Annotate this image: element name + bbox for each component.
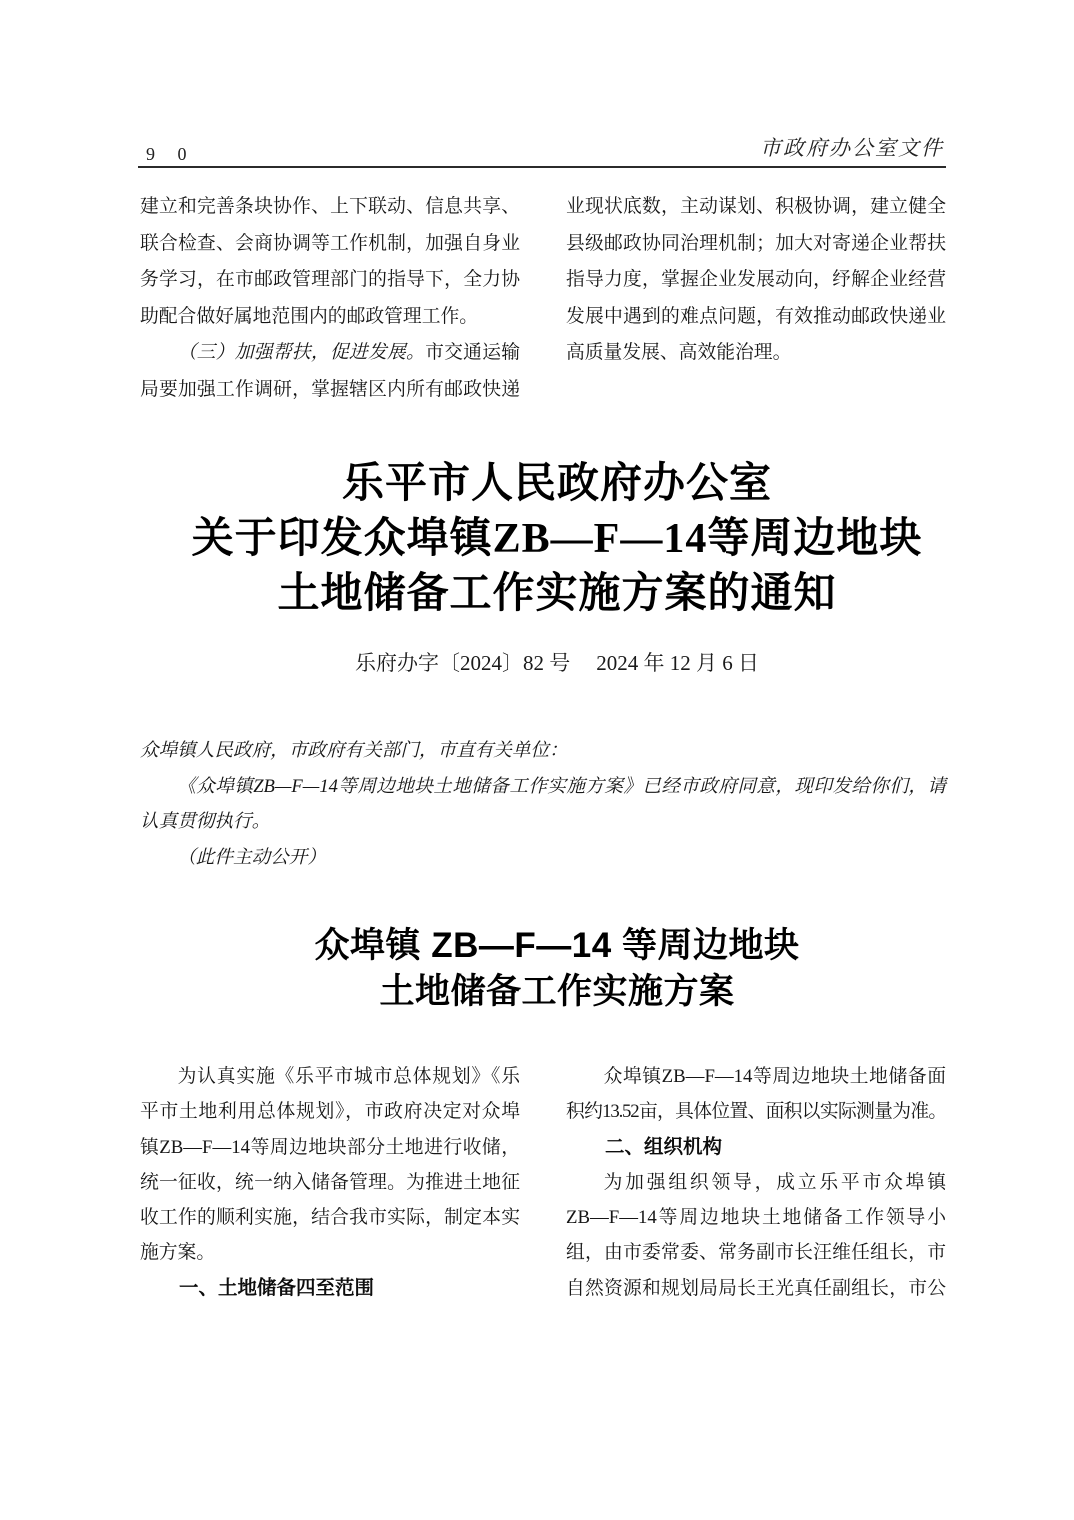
- text-line: 业现状底数，主动谋划、积极协调，建立健全: [566, 189, 946, 226]
- text-line: 指导力度，掌握企业发展动向，纾解企业经营: [566, 262, 946, 299]
- text-line: 众埠镇ZB—F—14等周边地块土地储备面: [566, 1059, 946, 1094]
- text-line: 高质量发展、高效能治理。: [566, 335, 946, 372]
- plan-title-line-2: 土地储备工作实施方案: [154, 969, 960, 1015]
- notice-body-line: 认真贯彻执行。: [140, 804, 946, 840]
- text-line: 助配合做好属地范围内的邮政管理工作。: [140, 299, 520, 336]
- text-line: 施方案。: [140, 1235, 520, 1270]
- text-line: 县级邮政协同治理机制；加大对寄递企业帮扶: [566, 226, 946, 263]
- section-1-heading: 一、土地储备四至范围: [140, 1271, 520, 1306]
- item-three-kaiti-label: （三）加强帮扶，促进发展。: [178, 342, 425, 363]
- text-line: 局要加强工作调研，掌握辖区内所有邮政快递: [140, 372, 520, 409]
- text-line: 统一征收，统一纳入储备管理。为推进土地征: [140, 1165, 520, 1200]
- text-line: 发展中遇到的难点问题，有效推动邮政快递业: [566, 299, 946, 336]
- header-doc-type-label: 市政府办公室文件: [760, 132, 944, 162]
- plan-title-line-1: 众埠镇 ZB—F—14 等周边地块: [154, 923, 960, 969]
- item-three-rest: 市交通运输: [425, 342, 520, 363]
- notice-title-line-3: 土地储备工作实施方案的通知: [154, 567, 960, 622]
- notice-title-line-1: 乐平市人民政府办公室: [154, 457, 960, 512]
- plan-left-column: 为认真实施《乐平市城市总体规划》《乐 平市土地利用总体规划》，市政府决定对众埠 …: [140, 1059, 520, 1306]
- text-line: 自然资源和规划局局长王光真任副组长，市公: [566, 1271, 946, 1306]
- text-line: 联合检查、会商协调等工作机制，加强自身业: [140, 226, 520, 263]
- text-line: 平市土地利用总体规划》，市政府决定对众埠: [140, 1094, 520, 1129]
- text-line: 镇ZB—F—14等周边地块部分土地进行收储，: [140, 1130, 520, 1165]
- text-line: 为认真实施《乐平市城市总体规划》《乐: [140, 1059, 520, 1094]
- text-line: 务学习，在市邮政管理部门的指导下，全力协: [140, 262, 520, 299]
- text-line: 收工作的顺利实施，结合我市实际，制定本实: [140, 1200, 520, 1235]
- running-header: 9 0 市政府办公室文件: [138, 128, 946, 168]
- text-line: 积约13.52亩，具体位置、面积以实际测量为准。: [566, 1094, 946, 1129]
- text-line-item-three: （三）加强帮扶，促进发展。市交通运输: [140, 335, 520, 372]
- recipients-line: 众埠镇人民政府，市政府有关部门，市直有关单位：: [140, 733, 946, 769]
- previous-article-columns: 建立和完善条块协作、上下联动、信息共享、 联合检查、会商协调等工作机制，加强自身…: [140, 189, 946, 409]
- notice-body-line: 《众埠镇ZB—F—14等周边地块土地储备工作实施方案》已经市政府同意，现印发给你…: [140, 769, 946, 805]
- doc-number-line: 乐府办字〔2024〕82 号2024 年 12 月 6 日: [154, 647, 960, 677]
- notice-body: 众埠镇人民政府，市政府有关部门，市直有关单位： 《众埠镇ZB—F—14等周边地块…: [140, 733, 946, 875]
- text-line: 组，由市委常委、常务副市长汪维任组长，市: [566, 1235, 946, 1270]
- notice-title: 乐平市人民政府办公室 关于印发众埠镇ZB—F—14等周边地块 土地储备工作实施方…: [154, 457, 960, 622]
- plan-columns: 为认真实施《乐平市城市总体规划》《乐 平市土地利用总体规划》，市政府决定对众埠 …: [140, 1059, 946, 1306]
- text-line: ZB—F—14等周边地块土地储备工作领导小: [566, 1200, 946, 1235]
- notice-title-line-2: 关于印发众埠镇ZB—F—14等周边地块: [154, 512, 960, 567]
- previous-article-left-column: 建立和完善条块协作、上下联动、信息共享、 联合检查、会商协调等工作机制，加强自身…: [140, 189, 520, 409]
- publicity-note: （此件主动公开）: [140, 840, 946, 876]
- doc-date: 2024 年 12 月 6 日: [596, 651, 759, 675]
- previous-article-right-column: 业现状底数，主动谋划、积极协调，建立健全 县级邮政协同治理机制；加大对寄递企业帮…: [566, 189, 946, 409]
- page-number: 9 0: [146, 144, 196, 165]
- doc-number: 乐府办字〔2024〕82 号: [355, 651, 570, 675]
- plan-right-column: 众埠镇ZB—F—14等周边地块土地储备面 积约13.52亩，具体位置、面积以实际…: [566, 1059, 946, 1306]
- text-line: 为加强组织领导，成立乐平市众埠镇: [566, 1165, 946, 1200]
- document-page: 9 0 市政府办公室文件 建立和完善条块协作、上下联动、信息共享、 联合检查、会…: [0, 0, 1074, 1520]
- plan-title: 众埠镇 ZB—F—14 等周边地块 土地储备工作实施方案: [154, 923, 960, 1015]
- text-line: 建立和完善条块协作、上下联动、信息共享、: [140, 189, 520, 226]
- section-2-heading: 二、组织机构: [566, 1130, 946, 1165]
